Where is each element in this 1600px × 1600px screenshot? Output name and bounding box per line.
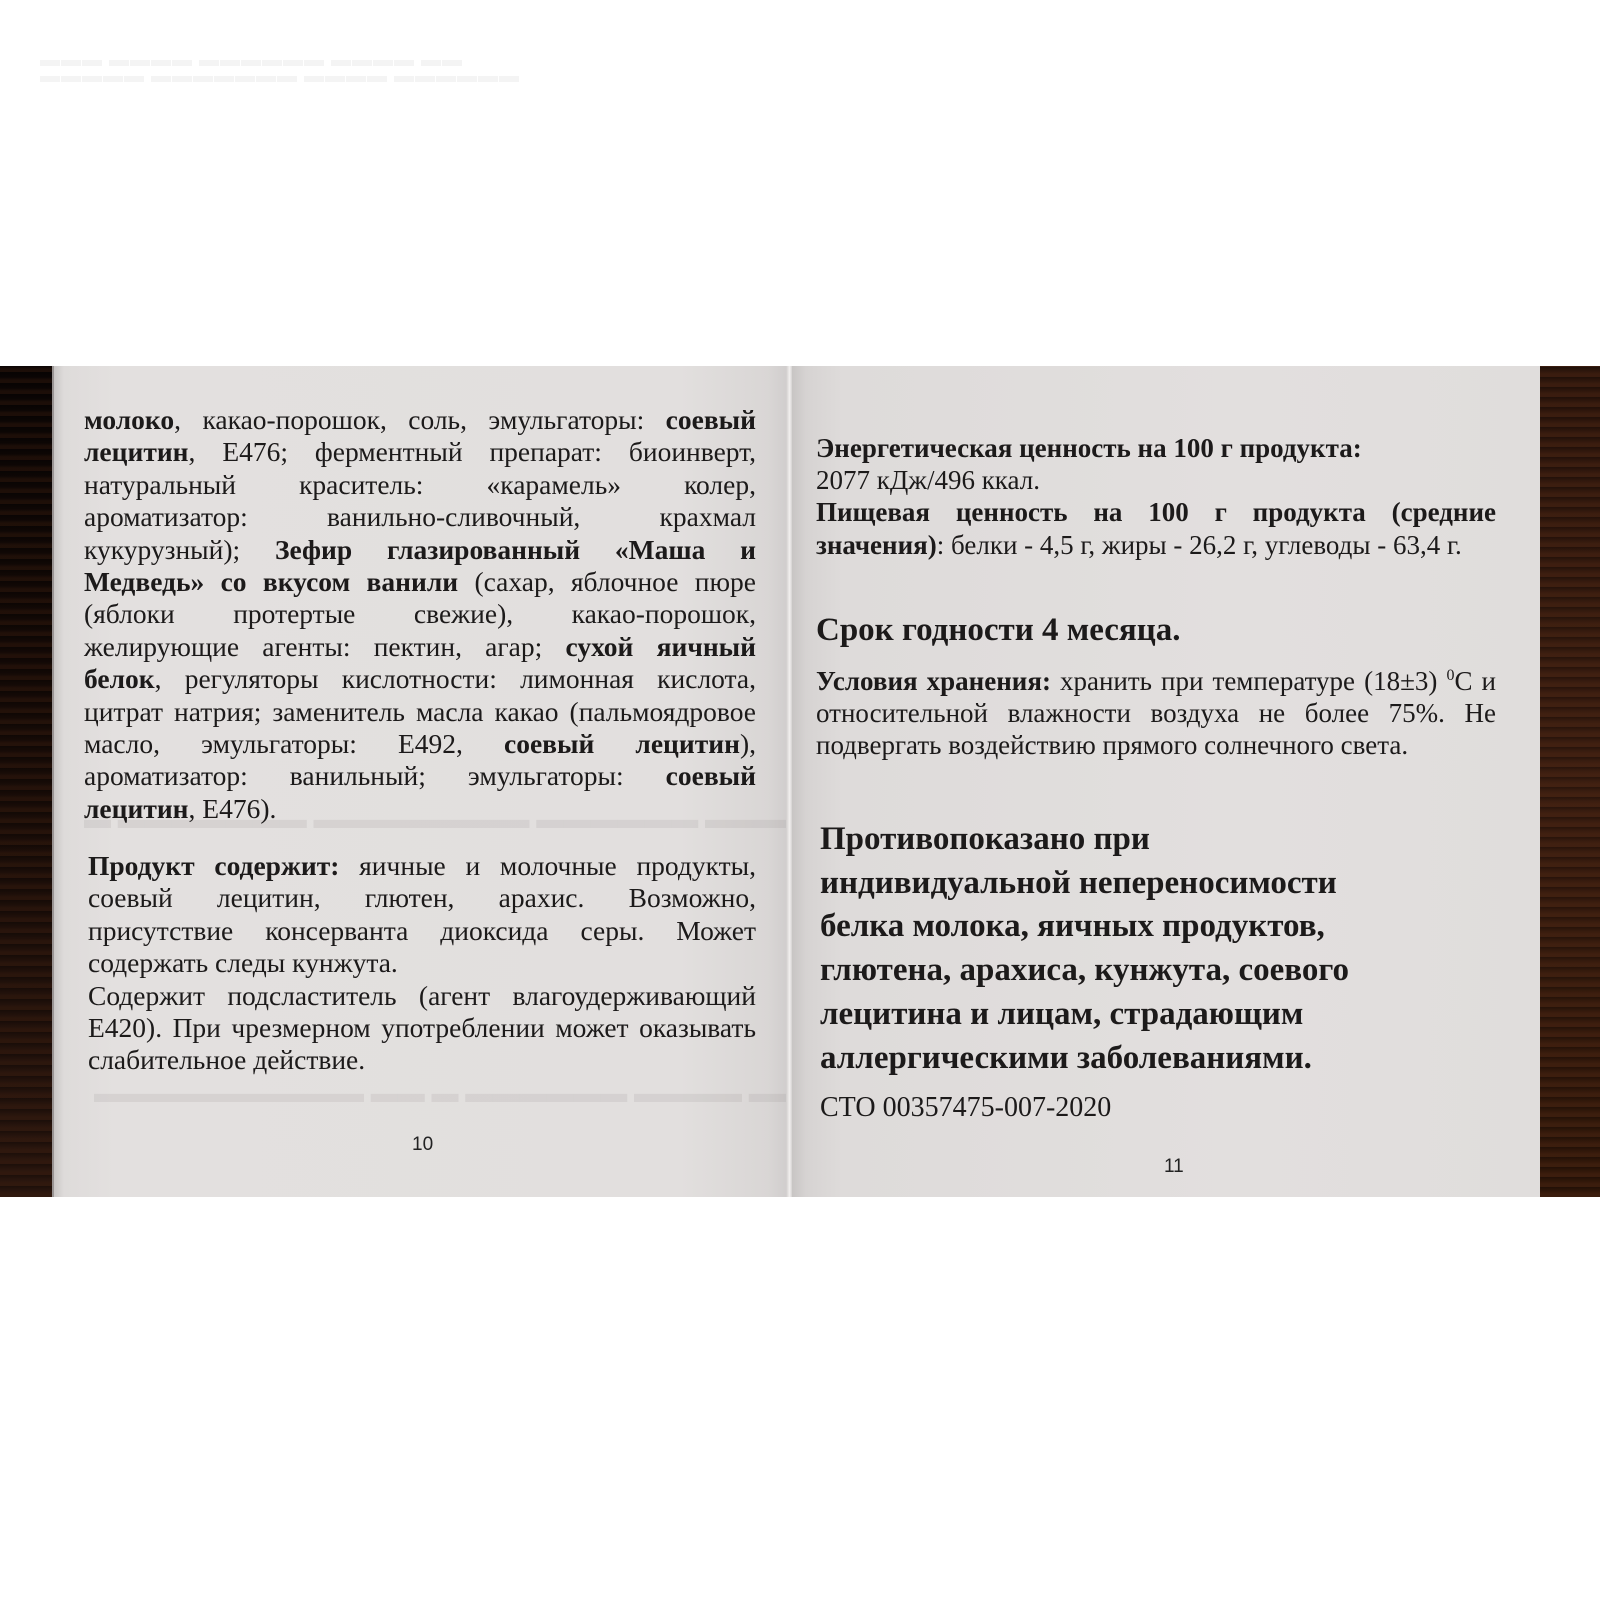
page-number-left: 10 [412,1134,433,1156]
page-number-right: 11 [1164,1156,1184,1178]
energy-value: 2077 кДж/496 ккал. [816,465,1040,495]
ingredient-segment: , какао-порошок, соль, эмульгаторы: [174,404,665,435]
storage-text-1: хранить при температуре (18±3) [1051,666,1447,696]
contraindications: Противопоказано при индивидуальной непер… [820,818,1500,1080]
contraindication-line: индивидуальной непереносимости [820,862,1500,906]
contraindication-line: глютена, арахиса, кунжута, соевого [820,949,1500,993]
canvas: ▬▬▬ ▬▬▬▬ ▬▬▬▬▬▬ ▬▬▬▬ ▬▬ ▬▬▬▬▬ ▬▬▬▬▬▬▬ ▬▬… [0,0,1600,1600]
watermark: ▬▬▬ ▬▬▬▬ ▬▬▬▬▬▬ ▬▬▬▬ ▬▬ ▬▬▬▬▬ ▬▬▬▬▬▬▬ ▬▬… [40,52,520,94]
energy-paragraph: Энергетическая ценность на 100 г продукт… [816,432,1496,496]
booklet-photo: ▬ ▬▬▬▬▬▬▬ ▬▬▬▬▬▬▬▬ ▬▬▬▬▬▬ ▬▬▬▬▬▬▬▬ ▬▬▬▬▬… [0,366,1600,1197]
nutrition-info: Энергетическая ценность на 100 г продукт… [816,432,1496,561]
storage-conditions: Условия хранения: хранить при температур… [816,660,1496,762]
contraindication-line: аллергическими заболеваниями. [820,1037,1500,1081]
storage-label: Условия хранения: [816,666,1051,696]
wood-table-right [1540,366,1600,1197]
right-page: Энергетическая ценность на 100 г продукт… [792,366,1540,1197]
sweetener-paragraph: Содержит подсластитель (агент влагоудерж… [88,980,756,1077]
contraindication-line: белка молока, яичных продуктов, [820,905,1500,949]
ingredient-segment: , Е476). [189,793,277,824]
allergen-info: Продукт содержит: яичные и молочные прод… [88,850,756,1077]
shelf-life: Срок годности 4 месяца. [816,612,1181,649]
ingredients-paragraph: молоко, какао-порошок, соль, эмульгаторы… [84,404,756,825]
energy-label: Энергетическая ценность на 100 г продукт… [816,433,1362,463]
nutrition-paragraph: Пищевая ценность на 100 г продукта (сред… [816,496,1496,560]
contains-label: Продукт содержит: [88,850,339,881]
ingredient-bold-segment: молоко [84,404,174,435]
contraindication-line: лецитина и лицам, страдающим [820,993,1500,1037]
contains-paragraph: Продукт содержит: яичные и молочные прод… [88,850,756,980]
left-page: ▬ ▬▬▬▬▬▬▬ ▬▬▬▬▬▬▬▬ ▬▬▬▬▬▬ ▬▬▬▬▬▬▬▬ ▬▬▬▬▬… [52,366,790,1197]
nutrition-value: : белки - 4,5 г, жиры - 26,2 г, углеводы… [937,530,1462,560]
standard-code: СТО 00357475-007-2020 [820,1092,1111,1124]
contraindication-line: Противопоказано при [820,818,1500,862]
ingredient-bold-segment: соевый лецитин [504,728,740,759]
wood-table-left [0,366,52,1197]
